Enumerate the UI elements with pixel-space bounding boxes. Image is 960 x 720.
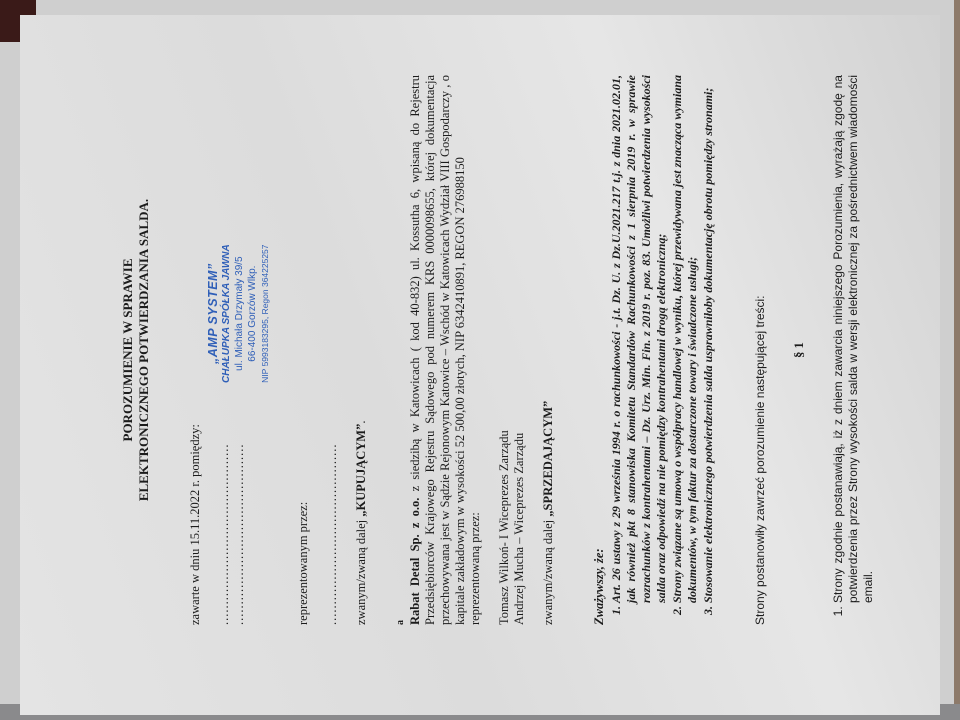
blank-line: ........................................… [325, 395, 340, 625]
document-page: POROZUMIENIE W SPRAWIE ELEKTRONICZNEGO P… [20, 15, 940, 715]
stamp-name: „AMP SYSTEM” [207, 244, 220, 383]
considerations-list: Art. 26 ustawy z 29 września 1994 r. o r… [609, 75, 716, 625]
consideration-item: Strony związane są umową o współpracy ha… [670, 75, 700, 603]
buyer-clause-prefix: zwanym/zwaną dalej [354, 517, 368, 625]
seller-clause-prefix: zwanym/zwaną dalej [541, 517, 555, 625]
blank-line: ........................................… [217, 395, 232, 625]
background-table-edge [954, 0, 960, 720]
and-text: a [393, 75, 408, 625]
seller-clause: zwanym/zwaną dalej „SPRZEDAJĄCYM” [541, 75, 556, 625]
section-1-points: Strony zgodnie postanawiają, iż z dniem … [831, 75, 876, 625]
stamp-street: ul. Michała Drzymały 39/5 [233, 244, 246, 383]
represented-by-label: reprezentowaną przez: [468, 75, 483, 625]
buyer-designation: „KUPUJĄCYM” [354, 424, 368, 517]
consideration-item: Art. 26 ustawy z 29 września 1994 r. o r… [609, 75, 669, 603]
buyer-clause-suffix: . [354, 421, 368, 424]
representative: Andrzej Mucha – Wiceprezes Zarządu [512, 75, 527, 625]
blank-line: ........................................… [232, 395, 247, 625]
consideration-item: Stosowanie elektronicznego potwierdzenia… [701, 75, 716, 603]
buyer-clause: zwanym/zwaną dalej „KUPUJĄCYM”. [354, 75, 369, 625]
represented-by-label: reprezentowanym przez: [296, 75, 311, 625]
title-line-1: POROZUMIENIE W SPRAWIE [120, 75, 136, 625]
section-heading: § 1 [792, 75, 807, 625]
buyer-block: ........................................… [217, 75, 272, 625]
agreement-intro: Strony postanowiły zawrzeć porozumienie … [753, 75, 768, 625]
considering-label: Zważywszy, że: [592, 75, 607, 625]
seller-designation: „SPRZEDAJĄCYM” [541, 401, 555, 517]
seller-name: Rabat Detal Sp. z o.o. [408, 498, 422, 625]
section-point: Strony zgodnie postanawiają, iż z dniem … [831, 75, 876, 603]
concluded-on-text: zawarte w dniu 15.11.2022 r. pomiędzy: [188, 75, 203, 625]
stamp-ids: NIP 5993183295, Regon 364225257 [259, 244, 272, 383]
title-line-2: ELEKTRONICZNEGO POTWIERDZANIA SALDA. [136, 75, 152, 625]
document-title: POROZUMIENIE W SPRAWIE ELEKTRONICZNEGO P… [120, 75, 152, 625]
stamp-company: CHAŁUPKA SPÓŁKA JAWNA [220, 244, 233, 383]
company-stamp: „AMP SYSTEM” CHAŁUPKA SPÓŁKA JAWNA ul. M… [207, 244, 272, 383]
seller-description: Rabat Detal Sp. z o.o. z siedzibą w Kato… [408, 75, 468, 625]
representative: Tomasz Wilkoń- I Wiceprezes Zarządu [497, 75, 512, 625]
stamp-city: 66-400 Gorzów Wlkp. [246, 244, 259, 383]
